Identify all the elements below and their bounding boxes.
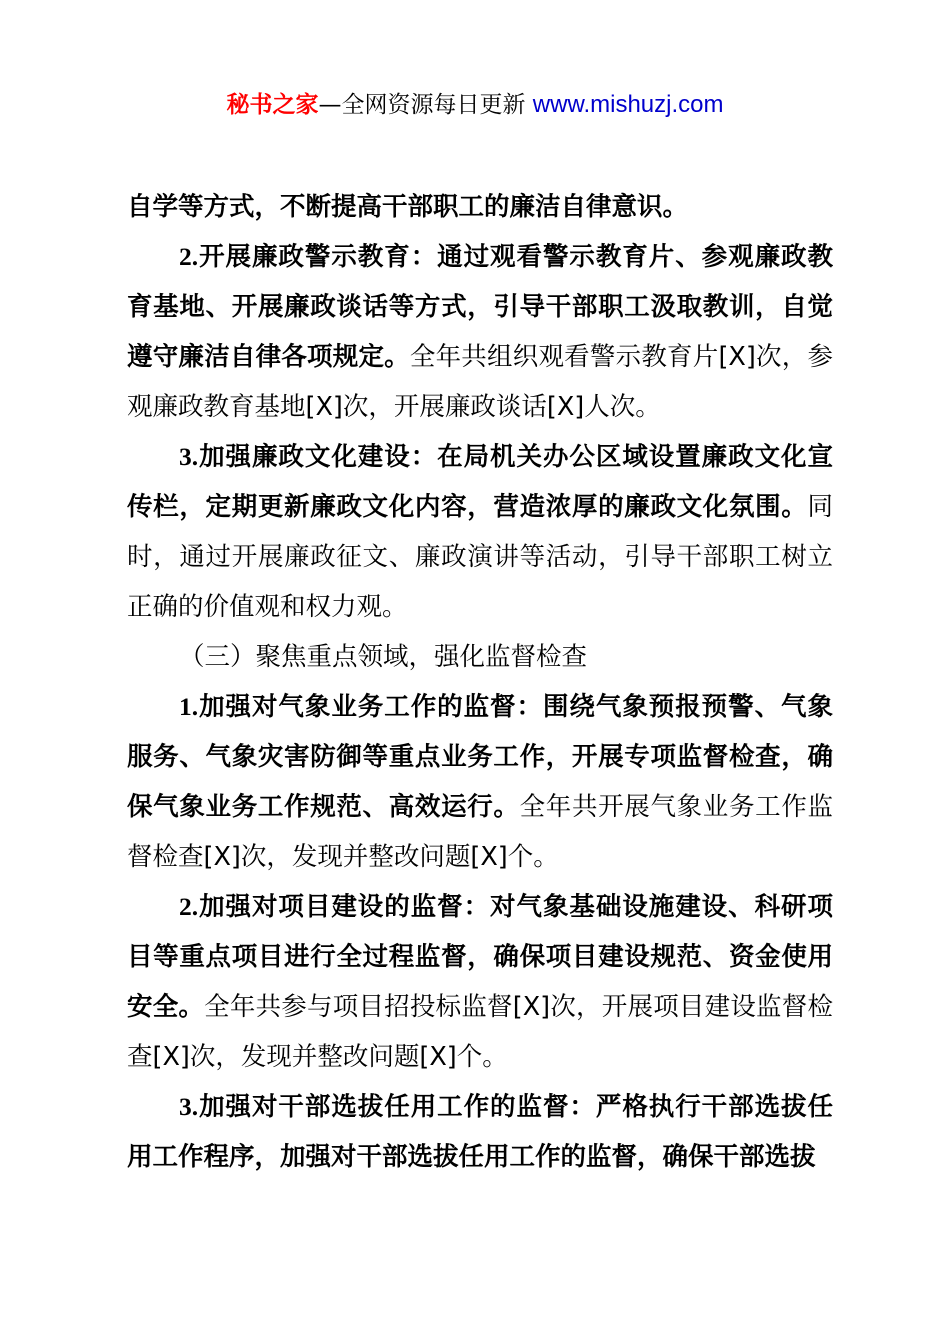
site-header-banner: 秘书之家—全网资源每日更新 www.mishuzj.com bbox=[0, 88, 950, 122]
header-tagline: —全网资源每日更新 bbox=[318, 92, 532, 118]
document-body: 自学等方式，不断提高干部职工的廉洁自律意识。 2.开展廉政警示教育：通过观看警示… bbox=[127, 182, 833, 1182]
item-number: 3. bbox=[179, 442, 198, 471]
paragraph-item-warning-education: 2.开展廉政警示教育：通过观看警示教育片、参观廉政教育基地、开展廉政谈话等方式，… bbox=[127, 232, 833, 432]
paragraph-bold-text: 加强廉政文化建设：在局机关办公区域设置廉政文化宣传栏，定期更新廉政文化内容，营造… bbox=[127, 442, 833, 522]
paragraph-continuation: 自学等方式，不断提高干部职工的廉洁自律意识。 bbox=[127, 182, 833, 232]
paragraph-item-project-supervision: 2.加强对项目建设的监督：对气象基础设施建设、科研项目等重点项目进行全过程监督，… bbox=[127, 882, 833, 1082]
site-url-link[interactable]: www.mishuzj.com bbox=[533, 91, 724, 118]
paragraph-item-cadre-selection-supervision: 3.加强对干部选拔任用工作的监督：严格执行干部选拔任用工作程序，加强对干部选拔任… bbox=[127, 1082, 833, 1182]
paragraph-item-culture-building: 3.加强廉政文化建设：在局机关办公区域设置廉政文化宣传栏，定期更新廉政文化内容，… bbox=[127, 432, 833, 632]
paragraph-item-meteorology-supervision: 1.加强对气象业务工作的监督：围绕气象预报预警、气象服务、气象灾害防御等重点业务… bbox=[127, 682, 833, 882]
paragraph-bold-text: 自学等方式，不断提高干部职工的廉洁自律意识。 bbox=[127, 192, 688, 222]
paragraph-bold-text: 加强对干部选拔任用工作的监督：严格执行干部选拔任用工作程序，加强对干部选拔任用工… bbox=[127, 1092, 833, 1172]
item-number: 3. bbox=[179, 1092, 198, 1121]
section-heading-text: （三）聚焦重点领域，强化监督检查 bbox=[179, 642, 587, 672]
item-number: 2. bbox=[179, 242, 198, 271]
brand-name: 秘书之家 bbox=[226, 92, 318, 118]
section-heading: （三）聚焦重点领域，强化监督检查 bbox=[127, 632, 833, 682]
item-number: 1. bbox=[179, 692, 198, 721]
paragraph-normal-text: 全年共参与项目招投标监督[X]次，开展项目建设监督检查[X]次，发现并整改问题[… bbox=[127, 992, 833, 1072]
item-number: 2. bbox=[179, 892, 198, 921]
